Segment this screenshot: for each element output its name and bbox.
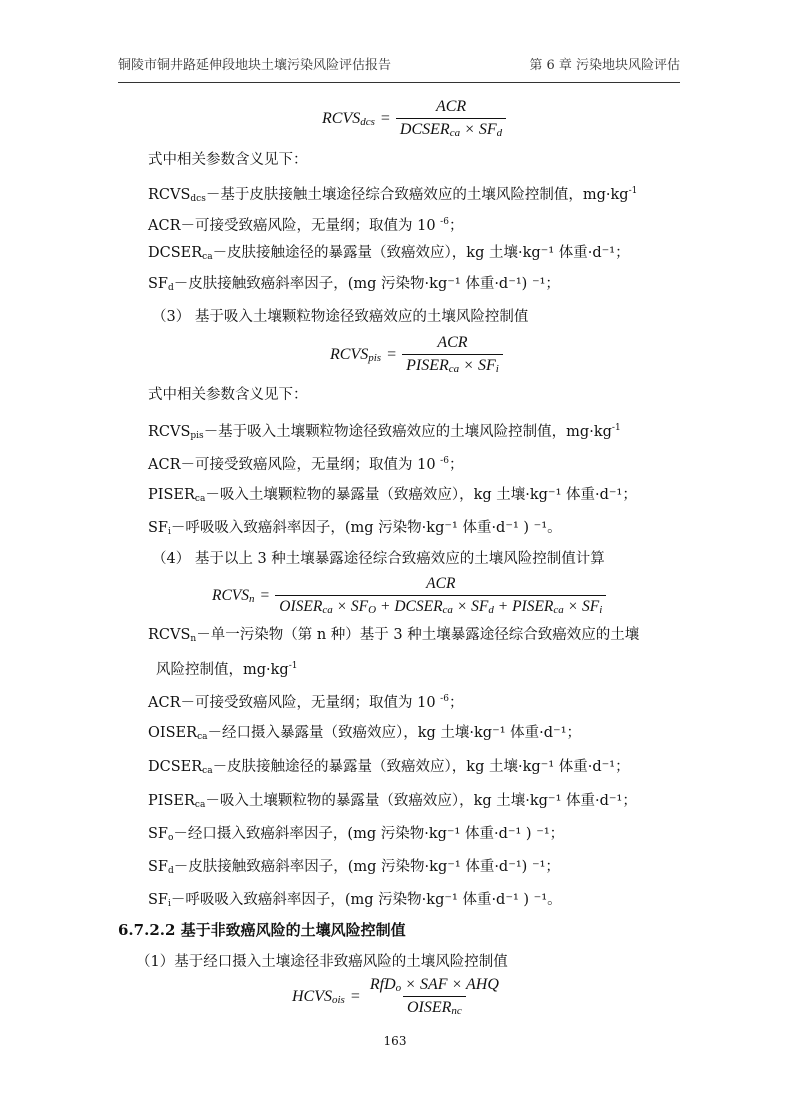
page-header: 铜陵市铜井路延伸段地块土壤污染风险评估报告 第 6 章 污染地块风险评估 — [118, 48, 680, 83]
param-sfi-2: SFi－呼吸吸入致癌斜率因子，(mg 污染物·kg⁻¹ 体重·d⁻¹ ) ⁻¹。 — [148, 890, 562, 914]
page-number: 163 — [0, 1034, 790, 1048]
params-intro: 式中相关参数含义见下： — [148, 150, 308, 170]
formula-rcvs-n: RCVSn = ACR OISERca × SFO + DCSERca × SF… — [212, 575, 606, 616]
param-acr: ACR－可接受致癌风险，无量纲；取值为 10 -6； — [148, 212, 463, 236]
param-sfo: SFo－经口摄入致癌斜率因子，(mg 污染物·kg⁻¹ 体重·d⁻¹ ) ⁻¹； — [148, 824, 564, 848]
param-piser-2: PISERca－吸入土壤颗粒物的暴露量（致癌效应），kg 土壤·kg⁻¹ 体重·… — [148, 791, 637, 815]
formula-hcvs-ois: HCVSois = RfDo × SAF × AHQ OISERnc — [292, 976, 503, 1017]
param-acr-3: ACR－可接受致癌风险，无量纲；取值为 10 -6； — [148, 689, 463, 713]
item-4-heading: （4） 基于以上 3 种土壤暴露途径综合致癌效应的土壤风险控制值计算 — [152, 549, 605, 569]
item-1-heading: （1）基于经口摄入土壤途径非致癌风险的土壤风险控制值 — [136, 952, 508, 972]
param-dcser: DCSERca－皮肤接触途径的暴露量（致癌效应），kg 土壤·kg⁻¹ 体重·d… — [148, 243, 630, 267]
param-oiser: OISERca－经口摄入暴露量（致癌效应），kg 土壤·kg⁻¹ 体重·d⁻¹； — [148, 723, 581, 747]
param-sfi: SFi－呼吸吸入致癌斜率因子，(mg 污染物·kg⁻¹ 体重·d⁻¹ ) ⁻¹。 — [148, 518, 562, 542]
item-3-heading: （3） 基于吸入土壤颗粒物途径致癌效应的土壤风险控制值 — [152, 307, 528, 327]
formula-rcvs-pis: RCVSpis = ACR PISERca × SFi — [330, 334, 503, 375]
param-rcvs-n: RCVSn－单一污染物（第 n 种）基于 3 种土壤暴露途径综合致癌效应的土壤 — [148, 625, 639, 649]
param-rcvs-pis: RCVSpis－基于吸入土壤颗粒物途径致癌效应的土壤风险控制值，mg·kg-1 — [148, 418, 621, 446]
param-rcvs-dcs: RCVSdcs－基于皮肤接触土壤途径综合致癌效应的土壤风险控制值，mg·kg-1 — [148, 181, 637, 209]
formula-rcvs-dcs: RCVSdcs = ACR DCSERca × SFd — [322, 98, 506, 139]
param-sfd: SFd－皮肤接触致癌斜率因子，(mg 污染物·kg⁻¹ 体重·d⁻¹) ⁻¹； — [148, 274, 560, 298]
section-heading-6-7-2-2: 6.7.2.2 基于非致癌风险的土壤风险控制值 — [118, 920, 406, 940]
chapter-title: 第 6 章 污染地块风险评估 — [529, 54, 680, 73]
param-acr-2: ACR－可接受致癌风险，无量纲；取值为 10 -6； — [148, 451, 463, 475]
params-intro-2: 式中相关参数含义见下： — [148, 385, 308, 405]
report-title: 铜陵市铜井路延伸段地块土壤污染风险评估报告 — [118, 54, 391, 73]
param-sfd-2: SFd－皮肤接触致癌斜率因子，(mg 污染物·kg⁻¹ 体重·d⁻¹) ⁻¹； — [148, 857, 560, 881]
param-rcvs-n-cont: 风险控制值，mg·kg-1 — [156, 656, 298, 680]
param-dcser-2: DCSERca－皮肤接触途径的暴露量（致癌效应），kg 土壤·kg⁻¹ 体重·d… — [148, 757, 630, 781]
param-piser: PISERca－吸入土壤颗粒物的暴露量（致癌效应），kg 土壤·kg⁻¹ 体重·… — [148, 485, 637, 509]
